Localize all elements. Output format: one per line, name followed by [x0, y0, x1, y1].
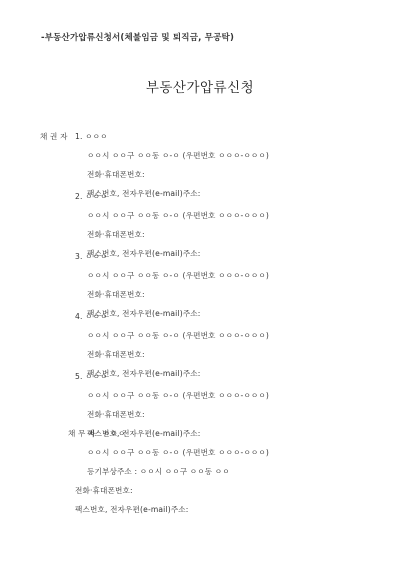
creditor-2-address: ㅇㅇ시 ㅇㅇ구 ㅇㅇ동 ㅇ-ㅇ (우편번호 ㅇㅇㅇ-ㅇㅇㅇ) [87, 210, 269, 221]
creditor-4-address: ㅇㅇ시 ㅇㅇ구 ㅇㅇ동 ㅇ-ㅇ (우편번호 ㅇㅇㅇ-ㅇㅇㅇ) [87, 330, 269, 341]
debtor-label: 채 무 자 [68, 428, 96, 439]
creditor-label: 채 권 자 [40, 131, 68, 142]
document-page: -부동산가압류신청서(체불임금 및 퇴직금, 무공탁) 부동산가압류신청 채 권… [0, 0, 400, 566]
creditor-4-phone: 전화·휴대폰번호: [87, 349, 145, 360]
creditor-2-phone: 전화·휴대폰번호: [87, 229, 145, 240]
debtor-registry-address: 등기부상주소 : ㅇㅇ시 ㅇㅇ구 ㅇㅇ동 ㅇㅇ [87, 466, 230, 477]
creditor-4-number: 4. ㅇㅇㅇ [75, 311, 108, 322]
creditor-5-number: 5. ㅇㅇㅇ [75, 371, 108, 382]
creditor-3-number: 3. ㅇㅇㅇ [75, 251, 108, 262]
creditor-1-phone: 전화·휴대폰번호: [87, 169, 145, 180]
document-header: -부동산가압류신청서(체불임금 및 퇴직금, 무공탁) [41, 31, 234, 43]
creditor-1-number: 1. ㅇㅇㅇ [75, 131, 108, 142]
creditor-5-address: ㅇㅇ시 ㅇㅇ구 ㅇㅇ동 ㅇ-ㅇ (우편번호 ㅇㅇㅇ-ㅇㅇㅇ) [87, 390, 269, 401]
debtor-address: ㅇㅇ시 ㅇㅇ구 ㅇㅇ동 ㅇ-ㅇ (우편번호 ㅇㅇㅇ-ㅇㅇㅇ) [87, 447, 269, 458]
creditor-3-address: ㅇㅇ시 ㅇㅇ구 ㅇㅇ동 ㅇ-ㅇ (우편번호 ㅇㅇㅇ-ㅇㅇㅇ) [87, 270, 269, 281]
debtor-name: ㅇㅇㅇ [103, 428, 125, 439]
creditor-5-phone: 전화·휴대폰번호: [87, 409, 145, 420]
creditor-2-number: 2. ㅇㅇㅇ [75, 191, 108, 202]
debtor-fax-email: 팩스번호, 전자우편(e-mail)주소: [75, 504, 189, 515]
document-title: 부동산가압류신청 [0, 76, 400, 96]
debtor-phone: 전화·휴대폰번호: [75, 485, 133, 496]
creditor-1-address: ㅇㅇ시 ㅇㅇ구 ㅇㅇ동 ㅇ-ㅇ (우편번호 ㅇㅇㅇ-ㅇㅇㅇ) [87, 150, 269, 161]
creditor-3-phone: 전화·휴대폰번호: [87, 289, 145, 300]
